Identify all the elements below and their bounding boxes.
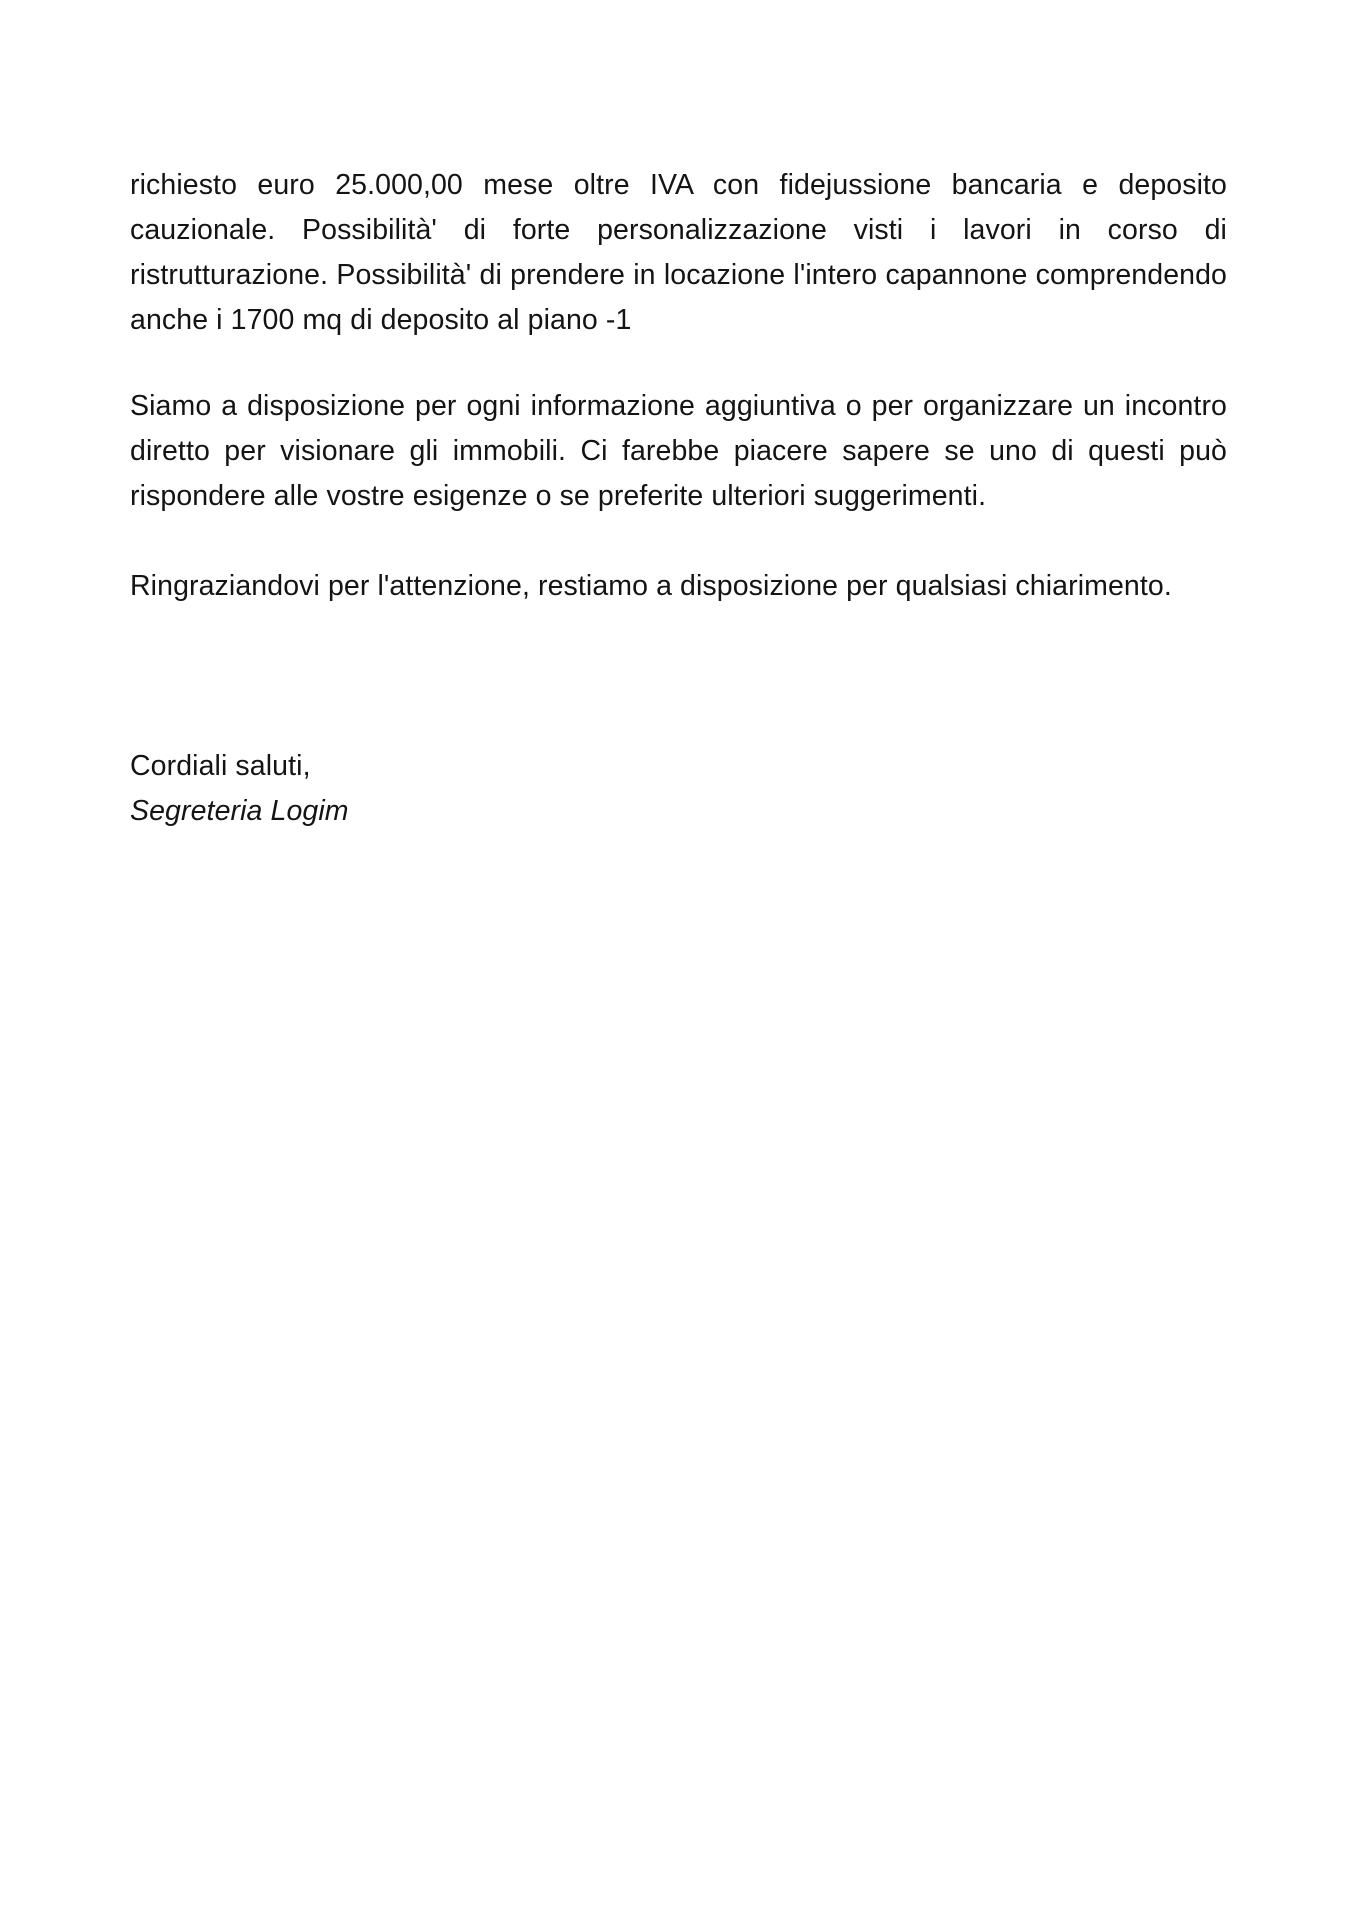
paragraph-thanks: Ringraziandovi per l'attenzione, restiam… (130, 564, 1227, 609)
signature: Segreteria Logim (130, 789, 1227, 834)
paragraph-rental-terms: richiesto euro 25.000,00 mese oltre IVA … (130, 163, 1227, 343)
closing-salutation: Cordiali saluti, (130, 744, 1227, 789)
paragraph-availability: Siamo a disposizione per ogni informazio… (130, 384, 1227, 519)
document-page: richiesto euro 25.000,00 mese oltre IVA … (0, 0, 1357, 1920)
